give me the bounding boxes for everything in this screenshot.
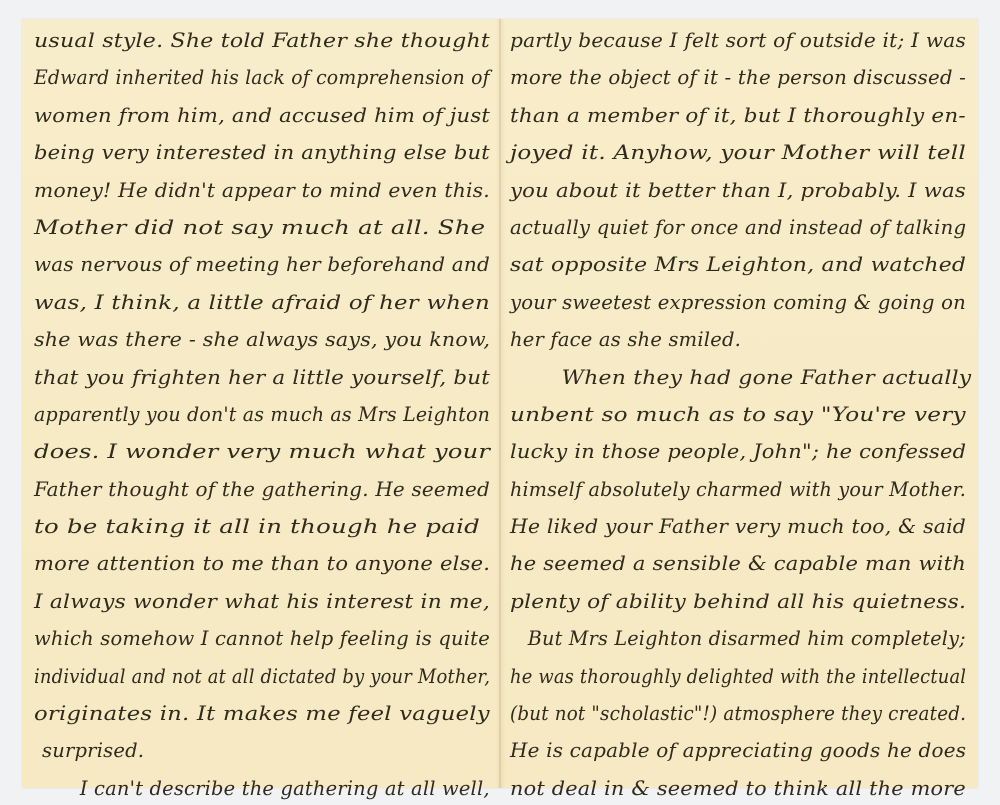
right-line-4: joyed it. Anyhow, your Mother will tell: [510, 134, 1000, 171]
letter-sheet: usual style. She told Father she thought…: [22, 19, 978, 788]
left-line-13: Father thought of the gathering. He seem…: [34, 471, 500, 508]
left-line-17: which somehow I cannot help feeling is q…: [34, 620, 490, 657]
left-line-4: being very interested in anything else b…: [34, 134, 526, 171]
left-line-1: usual style. She told Father she thought: [34, 22, 549, 59]
left-line-11: apparently you don't as much as Mrs Leig…: [34, 396, 477, 433]
left-line-20: surprised.: [34, 732, 490, 769]
right-line-6: actually quiet for once and instead of t…: [510, 209, 971, 246]
right-line-7: sat opposite Mrs Leighton, and watched: [510, 246, 1000, 283]
left-line-9: she was there - she always says, you kno…: [34, 321, 516, 358]
right-line-15: he seemed a sensible & capable man with: [510, 545, 1000, 582]
left-line-16: I always wonder what his interest in me,: [34, 583, 541, 620]
right-line-19: (but not "scholastic"!) atmosphere they …: [510, 695, 940, 732]
right-line-10: When they had gone Father actually: [510, 359, 1000, 396]
left-line-8: was, I think, a little afraid of her whe…: [34, 284, 568, 321]
right-line-9: her face as she smiled.: [510, 321, 968, 358]
right-line-17: But Mrs Leighton disarmed him completely…: [510, 620, 961, 657]
left-line-10: that you frighten her a little yourself,…: [34, 359, 534, 396]
right-line-13: himself absolutely charmed with your Mot…: [510, 471, 959, 508]
left-line-15: more attention to me than to anyone else…: [34, 545, 526, 582]
right-line-2: more the object of it - the person discu…: [510, 59, 973, 96]
right-line-12: lucky in those people, John"; he confess…: [510, 433, 1000, 470]
right-line-1: partly because I felt sort of outside it…: [510, 22, 983, 59]
left-line-21: I can't describe the gathering at all we…: [34, 770, 488, 805]
right-line-18: he was thoroughly delighted with the int…: [510, 658, 930, 695]
left-page: usual style. She told Father she thought…: [22, 19, 500, 788]
right-line-5: you about it better than I, probably. I …: [510, 172, 1000, 209]
left-line-7: was nervous of meeting her beforehand an…: [34, 246, 501, 283]
right-line-3: than a member of it, but I thoroughly en…: [510, 97, 1000, 134]
right-page: partly because I felt sort of outside it…: [500, 19, 978, 788]
left-line-18: individual and not at all dictated by yo…: [34, 658, 454, 695]
left-line-19: originates in. It makes me feel vaguely: [34, 695, 565, 732]
right-line-8: your sweetest expression coming & going …: [510, 284, 971, 321]
right-line-14: He liked your Father very much too, & sa…: [510, 508, 988, 545]
left-line-2: Edward inherited his lack of comprehensi…: [34, 59, 474, 96]
right-line-11: unbent so much as to say "You're very: [510, 396, 1000, 433]
left-line-5: money! He didn't appear to mind even thi…: [34, 172, 508, 209]
left-line-3: women from him, and accused him of just: [34, 97, 527, 134]
right-line-16: plenty of ability behind all his quietne…: [510, 583, 1000, 620]
right-line-21: not deal in & seemed to think all the mo…: [510, 770, 998, 805]
right-line-20: He is capable of appreciating goods he d…: [510, 732, 978, 769]
